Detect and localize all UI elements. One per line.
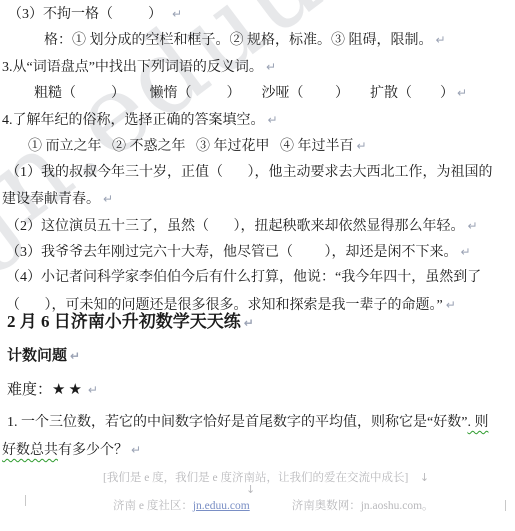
paragraph-mark: ↵	[88, 383, 98, 397]
line-break-mark: ↓	[420, 471, 429, 484]
q3-section-line: 3.从“词语盘点”中找出下列词语的反义词。↵	[2, 57, 276, 78]
difficulty-line: 难度：★★↵	[7, 380, 98, 400]
paragraph-mark: ↵	[446, 298, 456, 312]
math-q1-line2: 好数总共有多少个？↵	[2, 440, 141, 461]
q4-item3-line: （3）我爷爷去年刚过完六十大寿，他尽管已（ ），却还是闲不下来。↵	[6, 242, 471, 263]
paragraph-mark: ↵	[70, 349, 80, 363]
page-boundary-mark-right	[505, 500, 506, 511]
community-link[interactable]: jn.eduu.com	[193, 500, 250, 512]
paragraph-mark: ↵	[172, 7, 182, 21]
q4-item4-line1: （4）小记者问科学家李伯伯今后有什么打算，他说：“我今年四十，虽然到了	[6, 268, 481, 288]
q4-item1-line1: （1）我的叔叔今年三十岁，正值（ ），他主动要求去大西北工作，为祖国的	[6, 163, 493, 183]
paragraph-mark: ↵	[357, 139, 367, 153]
paragraph-mark: ↵	[266, 60, 276, 74]
q3-note-line: 格：① 划分成的空栏和框子。② 规格，标准。③ 阻碍，限制。↵	[44, 30, 446, 51]
spellcheck-flagged-text: . 则	[467, 415, 488, 430]
q3-words-line: 粗糙（ ） 懒惰（ ） 沙哑（ ） 扩散（ ）↵	[34, 83, 467, 104]
paragraph-mark: ↵	[468, 219, 478, 233]
math-topic: 计数问题↵	[7, 346, 80, 366]
worksheet-page: jn.eduu. （3）不拘一格（ ） ↵ 格：① 划分成的空栏和框子。② 规格…	[0, 0, 515, 531]
math-q1-line1: 1. 一个三位数，若它的中间数字恰好是首尾数字的平均值，则称它是“好数”. 则	[7, 413, 488, 433]
aoshu-label: 济南奥数网：	[292, 500, 361, 512]
paragraph-mark: ↵	[268, 113, 278, 127]
q4-item2-line: （2）这位演员五十三了，虽然（ ），扭起秧歌来却依然显得那么年轻。↵	[6, 216, 478, 237]
paragraph-mark: ↵	[103, 192, 113, 206]
spellcheck-flagged-text: 好数总共	[2, 443, 58, 458]
paragraph-mark: ↵	[461, 245, 471, 259]
q4-item1-line2: 建设奉献青春。↵	[2, 189, 113, 210]
paragraph-mark: ↵	[131, 443, 141, 457]
line-break-mark: ↓	[246, 483, 255, 496]
q4-options-line: ① 而立之年 ② 不惑之年 ③ 年过花甲 ④ 年过半百↵	[28, 136, 367, 157]
footer-links-line: 济南 e 度社区：jn.eduu.com济南奥数网：jn.aoshu.com。	[113, 497, 434, 513]
paragraph-mark: ↵	[457, 86, 467, 100]
footer-slogan: [我们是 e 度，我们是 e 度济南站，让我们的爱在交流中成长]	[103, 472, 408, 484]
page-boundary-mark-left	[25, 495, 26, 506]
paragraph-mark: ↵	[244, 316, 254, 330]
difficulty-stars: ★★	[52, 382, 85, 398]
math-section-heading: 2 月 6 日济南小升初数学天天练↵	[7, 312, 254, 333]
footer-slogan-line: [我们是 e 度，我们是 e 度济南站，让我们的爱在交流中成长] ↓	[103, 469, 429, 485]
community-label: 济南 e 度社区：	[113, 500, 193, 512]
q3-idiom-line: （3）不拘一格（ ） ↵	[8, 4, 182, 25]
q4-section-line: 4.了解年纪的俗称，选择正确的答案填空。↵	[2, 110, 278, 131]
aoshu-site: jn.aoshu.com。	[361, 500, 434, 512]
paragraph-mark: ↵	[436, 33, 446, 47]
difficulty-label: 难度：	[7, 382, 52, 398]
